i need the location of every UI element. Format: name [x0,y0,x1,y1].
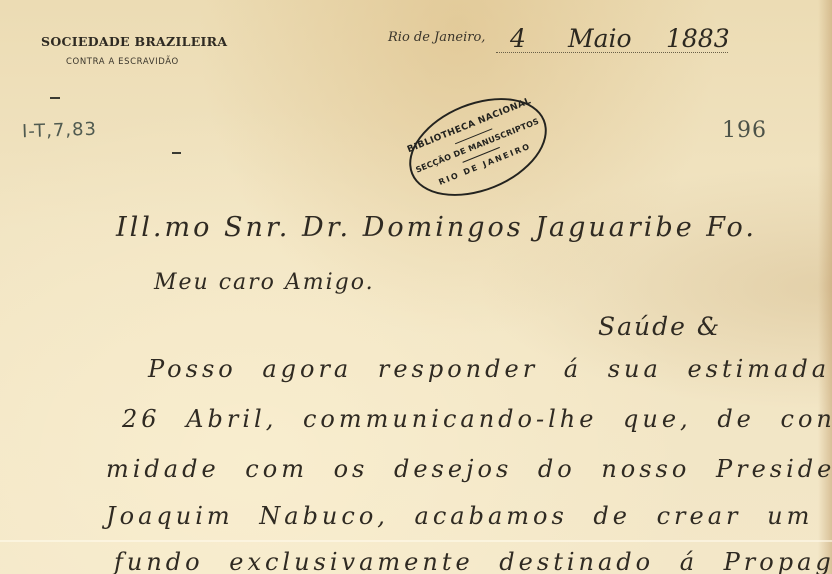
library-stamp: BIBLIOTHECA NACIONAL SECÇÃO DE MANUSCRIP… [395,79,561,215]
salutation-mark: Saúde & [598,312,721,341]
letterhead-subtitle: CONTRA A ESCRAVIDÃO [66,57,179,67]
place-label: Rio de Janeiro, [388,30,485,45]
pencil-mark [172,152,181,154]
date-month: Maio [568,24,632,53]
page-edge-shading [818,0,832,574]
folio-number: 196 [722,118,767,143]
date-line: 4 Maio 1883 [496,30,728,53]
pencil-mark [50,97,60,99]
archive-reference: I-T,7,83 [22,119,98,143]
page-fold-line [0,540,832,542]
body-line: Joaquim Nabuco, acabamos de crear um [106,502,813,530]
body-line: 26 Abril, communicando-lhe que, de confo… [122,405,832,433]
date-day: 4 [510,24,526,53]
body-line: midade com os desejos do nosso President… [106,455,832,483]
body-line: fundo exclusivamente destinado á Propaga… [114,548,832,574]
letterhead-title: SOCIEDADE BRAZILEIRA [41,34,227,49]
date-year: 1883 [666,24,730,53]
letter-page: SOCIEDADE BRAZILEIRA CONTRA A ESCRAVIDÃO… [0,0,832,574]
body-line: Posso agora responder á sua estimada de [148,355,832,383]
salutation: Ill.mo Snr. Dr. Domingos Jaguaribe Fo. [116,212,757,243]
place-date: Rio de Janeiro, 4 Maio 1883 [388,26,728,45]
greeting: Meu caro Amigo. [154,270,375,295]
